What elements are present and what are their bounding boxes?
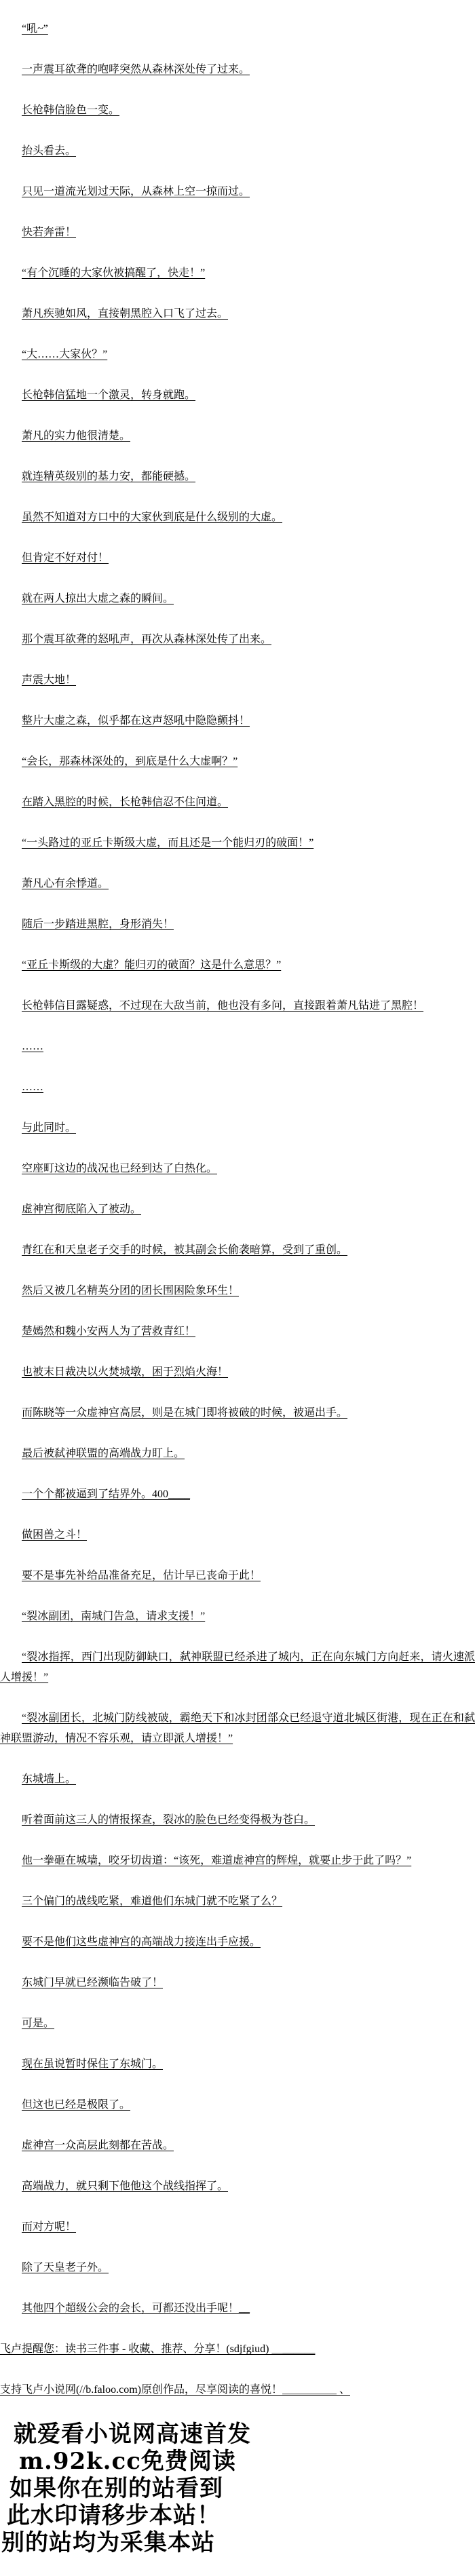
- paragraph: “裂冰指挥，西门出现防御缺口，弑神联盟已经杀进了城内，正在向东城门方向赶来，请火…: [0, 1647, 475, 1688]
- paragraph: 快若奔雷！: [0, 223, 475, 243]
- watermark-line: 如果你在别的站看到: [0, 2475, 475, 2502]
- watermark-line: 此水印请移步本站！: [0, 2502, 475, 2529]
- watermark-line: m.92k.cc免费阅读: [0, 2448, 475, 2475]
- novel-reader-page: “吼~”一声震耳欲聋的咆哮突然从森林深处传了过来。长枪韩信脸色一变。抬头看去。只…: [0, 0, 475, 2556]
- paragraph: 整片大虚之森，似乎都在这声怒吼中隐隐颤抖！: [0, 711, 475, 731]
- paragraph: 除了天皇老子外。: [0, 2258, 475, 2278]
- paragraph: 要不是他们这些虚神宫的高端战力接连出手应援。: [0, 1932, 475, 1953]
- paragraph: 可是。: [0, 2014, 475, 2034]
- paragraph: 其他四个超级公会的会长，可都还没出手呢！__: [0, 2299, 475, 2319]
- paragraph: “裂冰副团，南城门告急，请求支援！”: [0, 1607, 475, 1627]
- paragraph: 而对方呢！: [0, 2217, 475, 2237]
- paragraph: “一头路过的亚丘卡斯级大虚，而且还是一个能归刃的破面！”: [0, 833, 475, 853]
- paragraph: 就在两人掠出大虚之森的瞬间。: [0, 589, 475, 609]
- paragraph: “有个沉睡的大家伙被搞醒了，快走！”: [0, 263, 475, 284]
- watermark-line: 就爱看小说网高速首发: [0, 2421, 475, 2448]
- paragraph: 三个偏门的战线吃紧，难道他们东城门就不吃紧了么？: [0, 1891, 475, 1912]
- paragraph: 虽然不知道对方口中的大家伙到底是什么级别的大虚。: [0, 507, 475, 528]
- paragraph: 在踏入黑腔的时候，长枪韩信忍不住问道。: [0, 792, 475, 813]
- paragraph: 但肯定不好对付！: [0, 548, 475, 569]
- paragraph: 虚神宫彻底陷入了被动。: [0, 1199, 475, 1220]
- paragraph: 楚嫣然和魏小安两人为了营救青红！: [0, 1322, 475, 1342]
- paragraph: 与此同时。: [0, 1118, 475, 1138]
- paragraph: ……: [0, 1077, 475, 1098]
- paragraph: 随后一步踏进黑腔，身形消失！: [0, 915, 475, 935]
- paragraph: 就连精英级别的基力安，都能硬撼。: [0, 467, 475, 487]
- paragraph: 也被末日裁决以火焚城墩，困于烈焰火海！: [0, 1362, 475, 1383]
- anti-piracy-watermark: 就爱看小说网高速首发m.92k.cc免费阅读如果你在别的站看到此水印请移步本站！…: [0, 2421, 475, 2556]
- paragraph: 然后又被几名精英分团的团长围困险象环生！: [0, 1281, 475, 1301]
- paragraph: “大……大家伙？”: [0, 345, 475, 365]
- paragraph: 一个个都被逼到了结界外。400____: [0, 1484, 475, 1505]
- paragraph: “吼~”: [0, 19, 475, 39]
- paragraph: 而陈晓等一众虚神宫高层，则是在城门即将被破的时候，被逼出手。: [0, 1403, 475, 1423]
- paragraph: 虚神宫一众高层此刻都在苦战。: [0, 2136, 475, 2156]
- paragraph: 东城门早就已经濒临告破了！: [0, 1973, 475, 1993]
- paragraph: 长枪韩信脸色一变。: [0, 100, 475, 121]
- chapter-text: “吼~”一声震耳欲聋的咆哮突然从森林深处传了过来。长枪韩信脸色一变。抬头看去。只…: [0, 19, 475, 2319]
- paragraph: 要不是事先补给品准备充足，估计早已丧命于此！: [0, 1566, 475, 1586]
- paragraph: 现在虽说暂时保住了东城门。: [0, 2054, 475, 2075]
- paragraph: 萧凡疾驰如风，直接朝黑腔入口飞了过去。: [0, 304, 475, 324]
- paragraph: 一声震耳欲聋的咆哮突然从森林深处传了过来。: [0, 60, 475, 80]
- paragraph: “亚丘卡斯级的大虚？能归刃的破面？这是什么意思？”: [0, 955, 475, 976]
- paragraph: 抬头看去。: [0, 141, 475, 161]
- paragraph: 他一拳砸在城墙，咬牙切齿道：“该死，难道虚神宫的辉煌，就要止步于此了吗？”: [0, 1851, 475, 1871]
- paragraph: 听着面前这三人的情报探查，裂冰的脸色已经变得极为苍白。: [0, 1810, 475, 1830]
- promo-line: 飞卢提醒您：读书三件事 - 收藏、推荐、分享！(sdjfgiud) ＿_____…: [0, 2339, 475, 2360]
- paragraph: 萧凡的实力他很清楚。: [0, 426, 475, 446]
- paragraph: 空座町这边的战况也已经到达了白热化。: [0, 1159, 475, 1179]
- faloo-promo: 飞卢提醒您：读书三件事 - 收藏、推荐、分享！(sdjfgiud) ＿_____…: [0, 2339, 475, 2400]
- paragraph: 青红在和天皇老子交手的时候，被其副会长偷袭暗算，受到了重创。: [0, 1240, 475, 1261]
- paragraph: 长枪韩信猛地一个激灵，转身就跑。: [0, 385, 475, 406]
- watermark-line: 别的站均为采集本站: [0, 2529, 475, 2556]
- paragraph: 高端战力，就只剩下他他这个战线指挥了。: [0, 2176, 475, 2197]
- paragraph: 东城墙上。: [0, 1769, 475, 1790]
- paragraph: 只见一道流光划过天际，从森林上空一掠而过。: [0, 182, 475, 202]
- paragraph: 那个震耳欲聋的怒吼声，再次从森林深处传了出来。: [0, 630, 475, 650]
- paragraph: 最后被弑神联盟的高端战力盯上。: [0, 1444, 475, 1464]
- paragraph: 做困兽之斗！: [0, 1525, 475, 1545]
- paragraph: 长枪韩信目露疑惑，不过现在大敌当前，他也没有多问，直接跟着萧凡钻进了黑腔！: [0, 996, 475, 1016]
- promo-line: 支持飞卢小说网(//b.faloo.com)原创作品，尽享阅读的喜悦！＿＿＿＿＿…: [0, 2380, 475, 2400]
- paragraph: ……: [0, 1037, 475, 1057]
- paragraph: 声震大地！: [0, 670, 475, 691]
- paragraph: “会长，那森林深处的，到底是什么大虚啊？”: [0, 752, 475, 772]
- paragraph: 萧凡心有余悸道。: [0, 874, 475, 894]
- paragraph: “裂冰副团长，北城门防线被破，霸绝天下和冰封团部众已经退守道北城区街港，现在正在…: [0, 1708, 475, 1749]
- paragraph: 但这也已经是极限了。: [0, 2095, 475, 2115]
